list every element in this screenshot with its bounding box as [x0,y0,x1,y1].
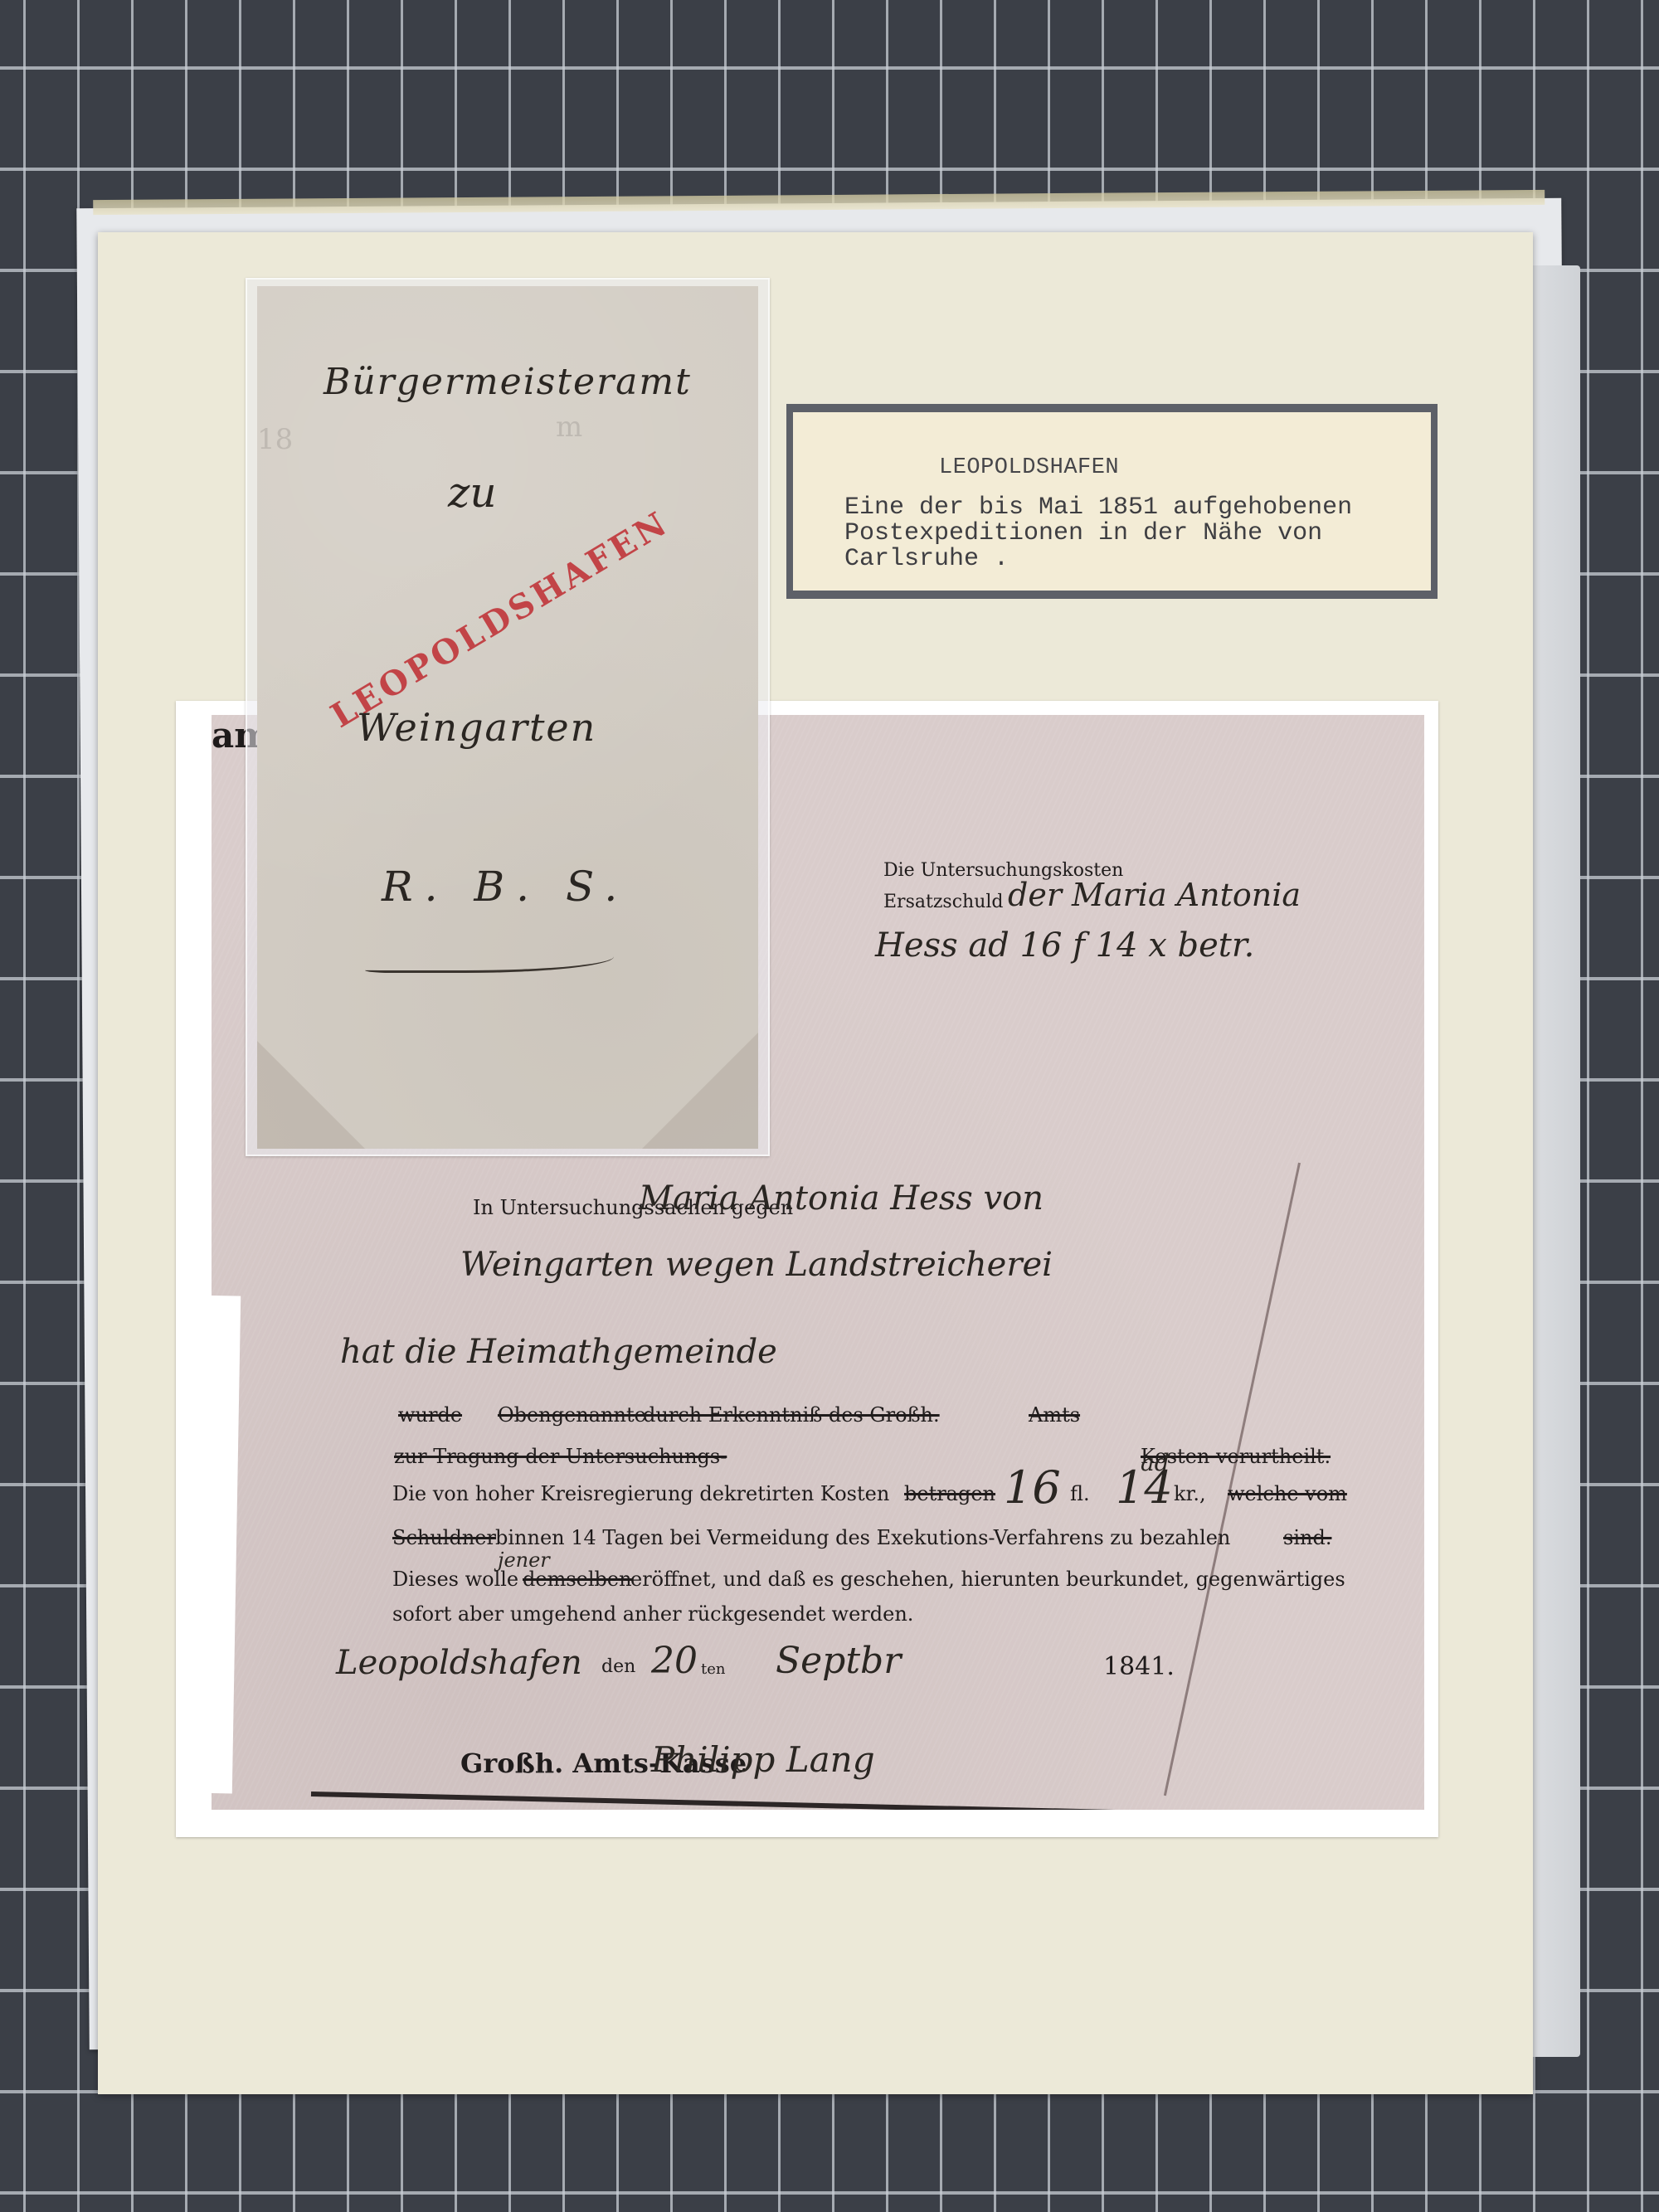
amount-kreuzer: 14 [1116,1461,1173,1514]
caption-line-2-hand: der Maria Antonia [1008,877,1301,913]
envelope-town: Weingarten [357,705,596,750]
ghost-mark-2: m [556,411,582,444]
row-0-seg-3: Amts [1029,1403,1080,1427]
date-den: den [601,1656,635,1677]
envelope-fold-left [257,1041,365,1149]
envelope-addressee: Bürgermeisteramt [324,361,692,403]
label-body: Eine der bis Mai 1851 aufgehobenen Poste… [844,495,1417,572]
row-3-seg-2: sind. [1283,1526,1331,1549]
date-ten: ten [701,1660,725,1678]
caption-line-3-hand: Hess ad 16 f 14 x betr. [875,926,1254,965]
envelope-service-note: R. B. S. [382,863,629,911]
envelope-fold-right [642,1033,758,1149]
amount-florins: 16 [1004,1461,1061,1514]
row-2-seg-6: welche vom [1228,1482,1347,1505]
row-4-seg-0: Dieses wolle [392,1568,518,1591]
leopoldshafen-postmark: LEOPOLDSHAFEN [324,503,676,736]
row-0-seg-0: wurde [398,1403,462,1427]
masking-tape [93,190,1545,215]
label-title: LEOPOLDSHAFEN [939,455,1119,480]
row-4-seg-2: eröffnet, und daß es geschehen, hierunte… [630,1568,1345,1591]
date-year: 1841. [1103,1652,1175,1681]
row-0-seg-2: durch Erkenntniß des Großh. [643,1403,940,1427]
row-2-seg-3: fl. [1070,1482,1090,1505]
case-line-hand-1: Maria Antonia Hess von [639,1179,1044,1218]
row-2-seg-5: kr., [1174,1482,1206,1505]
signature: Philipp Lang [651,1739,875,1780]
caption-line-2: Ersatzschuld [883,892,1003,912]
row-3-seg-0: Schuldner [392,1526,496,1549]
torn-edge [212,1296,241,1794]
date-place-hand: Leopoldshafen [336,1644,582,1682]
envelope-zu: zu [448,469,497,517]
row-1-seg-0: zur Tragung der Untersuchungs- [394,1445,727,1468]
date-month: Septbr [776,1640,901,1682]
pen-stroke-line [1164,1163,1301,1796]
case-line-hand-2: Weingarten wegen Landstreicherei [460,1246,1053,1284]
ghost-mark-1: 18 [257,423,293,456]
row-3-seg-1: binnen 14 Tagen bei Vermeidung des Exeku… [495,1526,1230,1549]
row-5-seg-0: sofort aber umgehend anher rückgesendet … [392,1602,913,1626]
envelope-cover: 18 m Bürgermeisteramt zu LEOPOLDSHAFEN W… [257,286,758,1149]
bottom-rule [311,1791,1141,1810]
row-2-seg-0: Die von hoher Kreisregierung dekretirten… [392,1482,889,1505]
row-0-seg-1: Obengenannte [498,1403,646,1427]
description-label: LEOPOLDSHAFEN Eine der bis Mai 1851 aufg… [786,404,1438,599]
row-2-seg-1: betragen [904,1482,995,1505]
flourish-underline [365,946,614,973]
date-day: 20 [651,1640,698,1682]
case-line-hand-3: hat die Heimathgemeinde [340,1333,777,1371]
row-4-seg-1: demselben [523,1568,632,1591]
